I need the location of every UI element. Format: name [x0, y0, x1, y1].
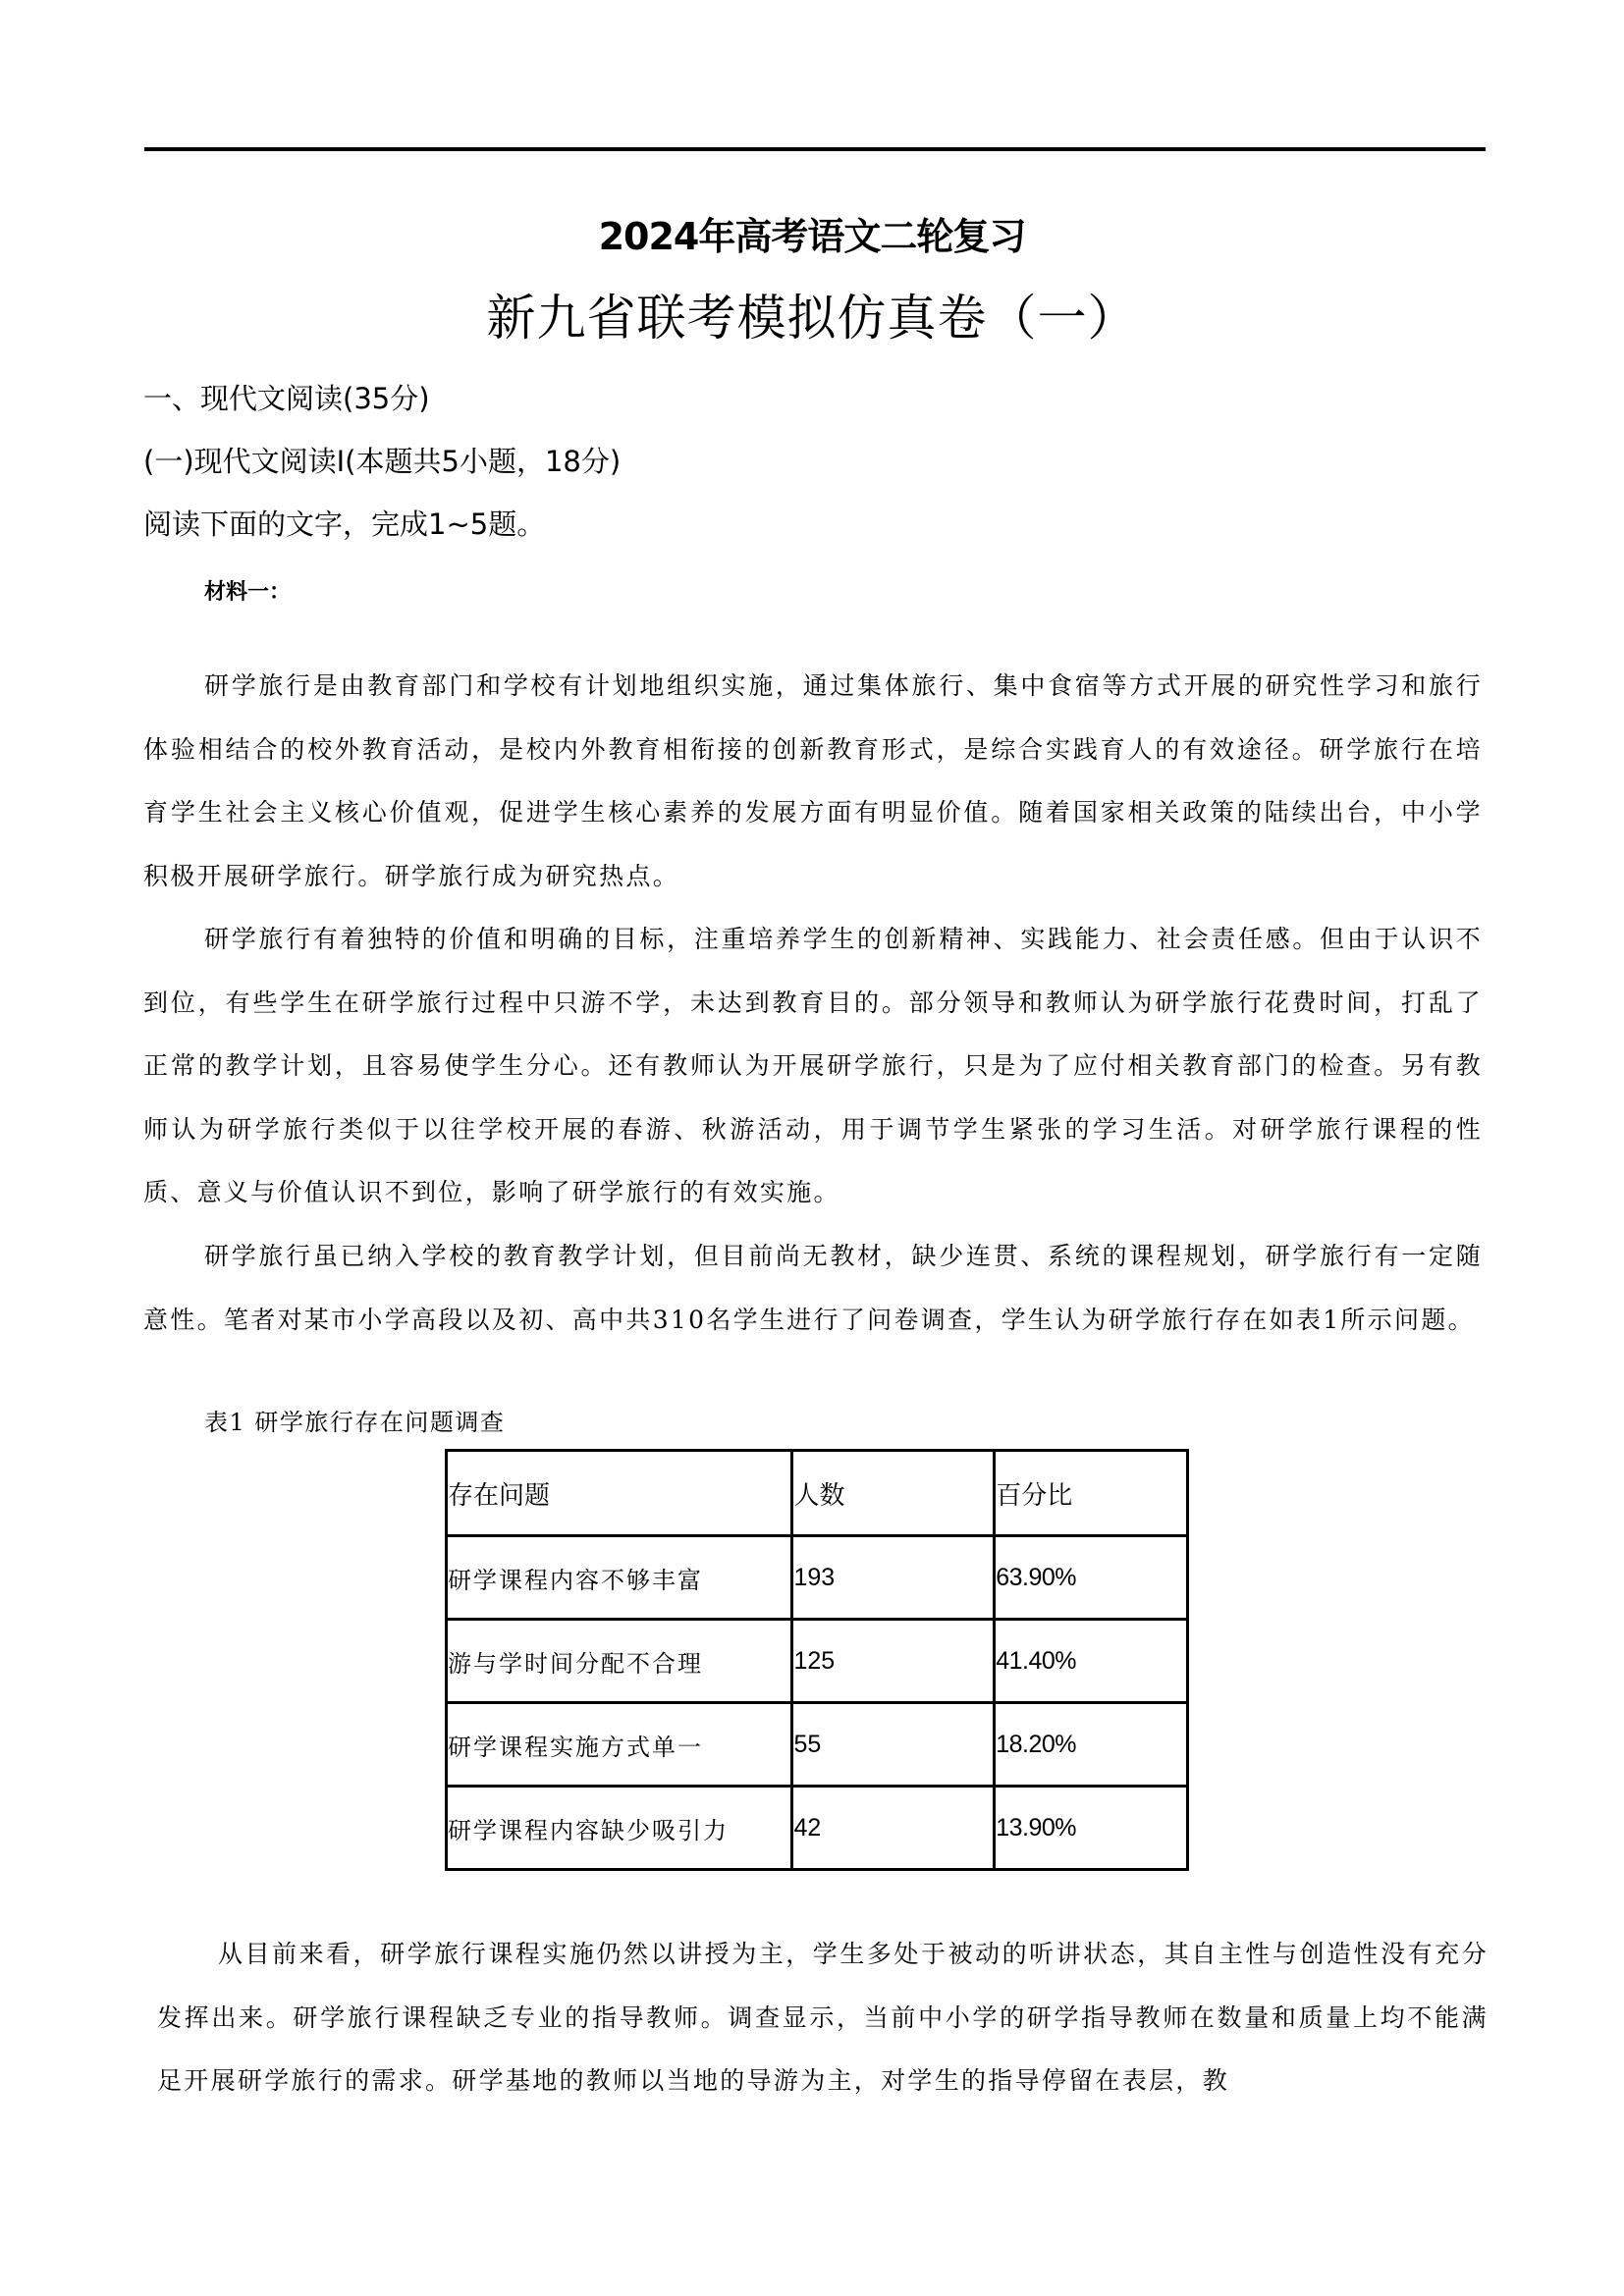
cell-count: 125	[792, 1620, 995, 1703]
cell-percent: 13.90%	[995, 1787, 1188, 1870]
subsection-heading: (一)现代文阅读Ⅰ(本题共5小题，18分)	[143, 442, 621, 481]
paragraph: 研学旅行虽已纳入学校的教育教学计划，但目前尚无教材，缺少连贯、系统的课程规划，研…	[143, 1225, 1483, 1352]
table-caption: 表1 研学旅行存在问题调查	[204, 1406, 505, 1439]
cell-issue: 研学课程内容缺少吸引力	[447, 1787, 792, 1870]
table-row: 研学课程实施方式单一 55 18.20%	[447, 1703, 1188, 1787]
material-label: 材料一：	[204, 575, 291, 609]
cell-percent: 18.20%	[995, 1703, 1188, 1787]
cell-count: 55	[792, 1703, 995, 1787]
paragraph: 研学旅行是由教育部门和学校有计划地组织实施，通过集体旅行、集中食宿等方式开展的研…	[143, 655, 1483, 908]
paragraph: 研学旅行有着独特的价值和明确的目标，注重培养学生的创新精神、实践能力、社会责任感…	[143, 908, 1483, 1225]
table-row: 游与学时间分配不合理 125 41.40%	[447, 1620, 1188, 1703]
cell-count: 193	[792, 1536, 995, 1620]
document-title: 新九省联考模拟仿真卷（一）	[0, 287, 1624, 349]
reading-instruction: 阅读下面的文字，完成1~5题。	[143, 505, 545, 544]
cell-issue: 游与学时间分配不合理	[447, 1620, 792, 1703]
table-header-row: 存在问题 人数 百分比	[447, 1451, 1188, 1536]
cell-count: 42	[792, 1787, 995, 1870]
header-rule	[144, 147, 1486, 151]
column-header-issue: 存在问题	[447, 1451, 792, 1536]
table-row: 研学课程内容不够丰富 193 63.90%	[447, 1536, 1188, 1620]
column-header-count: 人数	[792, 1451, 995, 1536]
paragraph: 从目前来看，研学旅行课程实施仍然以讲授为主，学生多处于被动的听讲状态，其自主性与…	[157, 1923, 1489, 2113]
table-row: 研学课程内容缺少吸引力 42 13.90%	[447, 1787, 1188, 1870]
survey-table: 存在问题 人数 百分比 研学课程内容不够丰富 193 63.90% 游与学时间分…	[445, 1449, 1189, 1871]
cell-issue: 研学课程实施方式单一	[447, 1703, 792, 1787]
document-subtitle: 2024年高考语文二轮复习	[0, 212, 1624, 261]
cell-percent: 41.40%	[995, 1620, 1188, 1703]
column-header-percent: 百分比	[995, 1451, 1188, 1536]
section-heading: 一、现代文阅读(35分)	[143, 379, 430, 418]
cell-percent: 63.90%	[995, 1536, 1188, 1620]
cell-issue: 研学课程内容不够丰富	[447, 1536, 792, 1620]
